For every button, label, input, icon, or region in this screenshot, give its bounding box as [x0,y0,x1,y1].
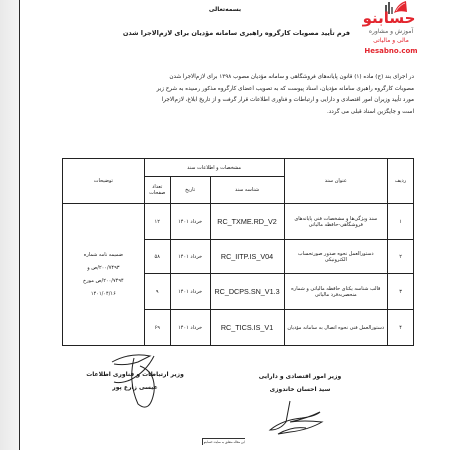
doc-date: خرداد ۱۴۰۱ [170,274,210,310]
notes-line: ضمیمه نامه شماره [65,249,142,262]
notes-cell: ضمیمه نامه شماره ۲۰۰/۷۴۹۳/ص و ۲۰۰/۷۴۹۴/ص… [63,204,145,346]
row-number: ۲ [388,240,414,274]
body-line: است و جایگزین اسناد قبلی می گردد. [50,107,414,119]
doc-id: RC_DCPS.SN_V1.3 [210,274,284,310]
header-doc-id: شناسه سند [210,177,284,204]
scan-margin [0,0,19,450]
body-line: در اجرای بند (ح) ماده (۱) قانون پایانه‌ه… [50,72,414,84]
doc-title: سند ویژگی‌ها و مشخصات فنی پایانه‌های فرو… [284,204,388,240]
body-line: مصوبات کارگروه راهبری سامانه مؤدیان، اسن… [50,84,414,96]
signer-name: سید احسان خاندوزی [240,383,360,396]
notes-line: ۱۴۰۱/۰۴/۱۶ [65,288,142,301]
approved-documents-table: ردیف عنوان سند مشخصات و اطلاعات سند توضی… [62,158,414,346]
signature-block-economy-minister: وزیر امور اقتصادی و دارایی سید احسان خان… [240,370,360,396]
form-title: فرم تأیید مصوبات کارگروه راهبری سامانه م… [110,29,350,37]
footer-stamp: این مقاله متعلق به سایت حسابنو است [202,438,245,445]
header-row-no: ردیف [388,159,414,204]
hesabno-logo: حسابنو آموزش و مشاوره مالی و مالیاتی Hes… [352,0,450,62]
signature-mark-right [268,400,328,438]
doc-pages: ۶۹ [144,310,170,346]
doc-date: خرداد ۱۴۰۱ [170,204,210,240]
doc-id: RC_IITP.IS_V04 [210,240,284,274]
header-doc-specs: مشخصات و اطلاعات سند [144,159,284,177]
notes-line: ۲۰۰/۷۴۹۳/ص و [65,262,142,275]
row-number: ۳ [388,274,414,310]
row-number: ۱ [388,204,414,240]
bismillah-heading: بسمه‌تعالی [180,6,270,13]
signature-mark-left [110,352,170,412]
doc-title: دستورالعمل فنی نحوه اتصال به سامانه مؤدی… [284,310,388,346]
row-number: ۴ [388,310,414,346]
header-date: تاریخ [170,177,210,204]
doc-date: خرداد ۱۴۰۱ [170,310,210,346]
signer-role: وزیر امور اقتصادی و دارایی [240,370,360,383]
doc-pages: ۹ [144,274,170,310]
logo-brand: حسابنو [352,9,426,27]
logo-url: Hesabno.com [352,47,430,55]
body-line: مورد تأیید وزیران امور اقتصادی و دارایی … [50,95,414,107]
doc-pages: ۵۸ [144,240,170,274]
logo-tagline-2: مالی و مالیاتی [352,37,430,44]
body-paragraph: در اجرای بند (ح) ماده (۱) قانون پایانه‌ه… [50,72,414,118]
doc-id: RC_TICS.IS_V1 [210,310,284,346]
doc-date: خرداد ۱۴۰۱ [170,240,210,274]
table-row: ۱ سند ویژگی‌ها و مشخصات فنی پایانه‌های ف… [63,204,414,240]
doc-title: قالب شناسه یکتای حافظه مالیاتی و شماره م… [284,274,388,310]
page-edge-line [19,0,20,450]
doc-pages: ۱۲ [144,204,170,240]
header-doc-title: عنوان سند [284,159,388,204]
header-page-count: تعداد صفحات [144,177,170,204]
header-notes: توضیحات [63,159,145,204]
doc-title: دستورالعمل نحوه صدور صورتحساب الکترونیکی [284,240,388,274]
notes-line: ۲۰۰/۷۴۹۴/ص مورخ [65,275,142,288]
doc-id: RC_TXME.RD_V2 [210,204,284,240]
logo-tagline-1: آموزش و مشاوره [352,28,430,35]
